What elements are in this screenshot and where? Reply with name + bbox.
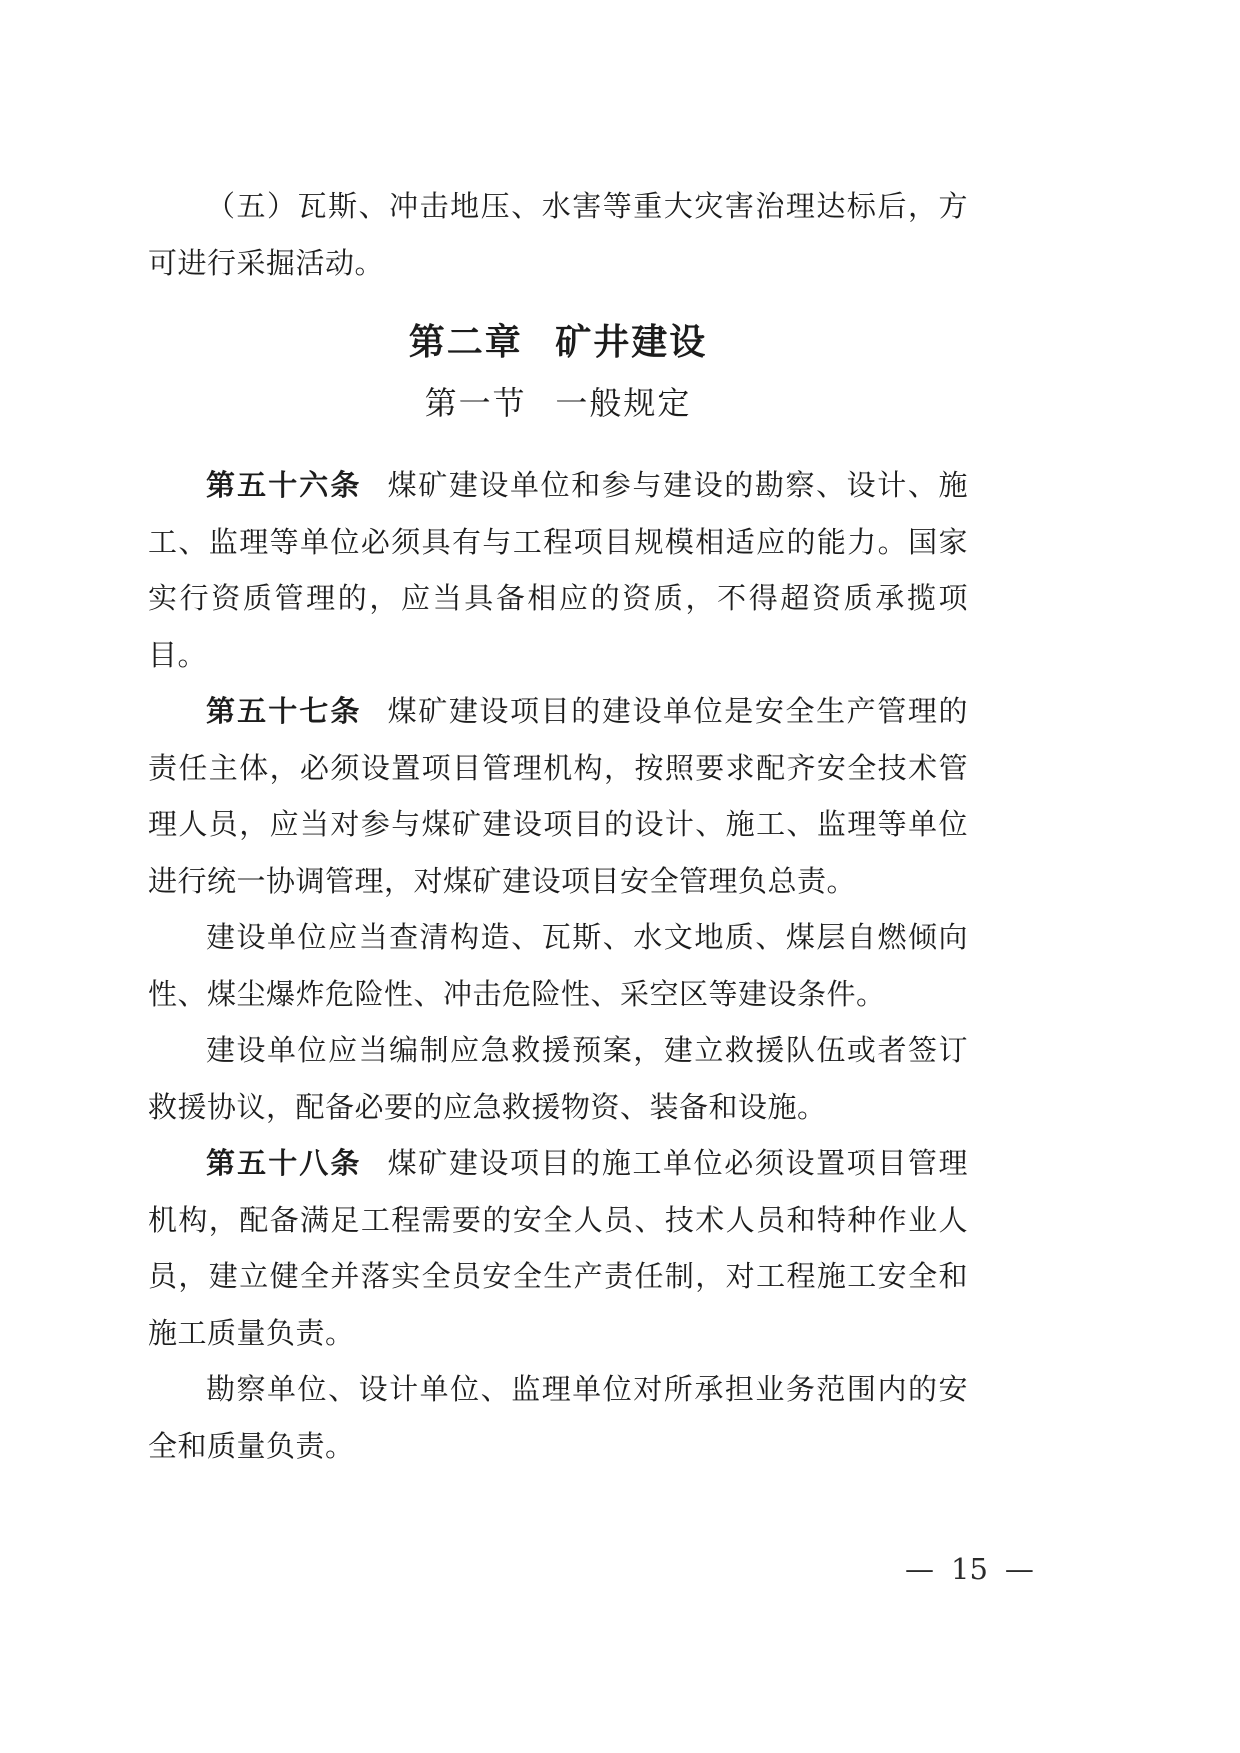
chapter-heading: 第二章矿井建设 <box>148 313 968 373</box>
paragraph-clause-5: （五）瓦斯、冲击地压、水害等重大灾害治理达标后，方可进行采掘活动。 <box>148 178 968 291</box>
document-page: （五）瓦斯、冲击地压、水害等重大灾害治理达标后，方可进行采掘活动。 第二章矿井建… <box>0 0 1240 1753</box>
paragraph-article-57-p2: 建设单位应当查清构造、瓦斯、水文地质、煤层自燃倾向性、煤尘爆炸危险性、冲击危险性… <box>148 909 968 1022</box>
paragraph-article-57-p3: 建设单位应当编制应急救援预案，建立救援队伍或者签订救援协议，配备必要的应急救援物… <box>148 1022 968 1135</box>
section-heading: 第一节一般规定 <box>148 373 968 433</box>
footer-left-dash: — <box>905 1552 934 1586</box>
footer-right-dash: — <box>1005 1552 1034 1586</box>
section-title: 一般规定 <box>555 384 691 422</box>
paragraph-article-57: 第五十七条煤矿建设项目的建设单位是安全生产管理的责任主体，必须设置项目管理机构，… <box>148 683 968 909</box>
article-56-number: 第五十六条 <box>206 468 362 502</box>
page-number: 15 <box>951 1552 988 1586</box>
paragraph-article-58-p2: 勘察单位、设计单位、监理单位对所承担业务范围内的安全和质量负责。 <box>148 1361 968 1474</box>
paragraph-article-56: 第五十六条煤矿建设单位和参与建设的勘察、设计、施工、监理等单位必须具有与工程项目… <box>148 457 968 683</box>
chapter-title: 矿井建设 <box>555 322 707 363</box>
chapter-number: 第二章 <box>409 322 523 363</box>
article-58-number: 第五十八条 <box>206 1146 362 1180</box>
section-number: 第一节 <box>425 384 527 422</box>
article-57-number: 第五十七条 <box>206 694 362 728</box>
document-body: （五）瓦斯、冲击地压、水害等重大灾害治理达标后，方可进行采掘活动。 第二章矿井建… <box>148 178 968 1474</box>
paragraph-article-58: 第五十八条煤矿建设项目的施工单位必须设置项目管理机构，配备满足工程需要的安全人员… <box>148 1135 968 1361</box>
page-footer: —15— <box>905 1552 1034 1586</box>
